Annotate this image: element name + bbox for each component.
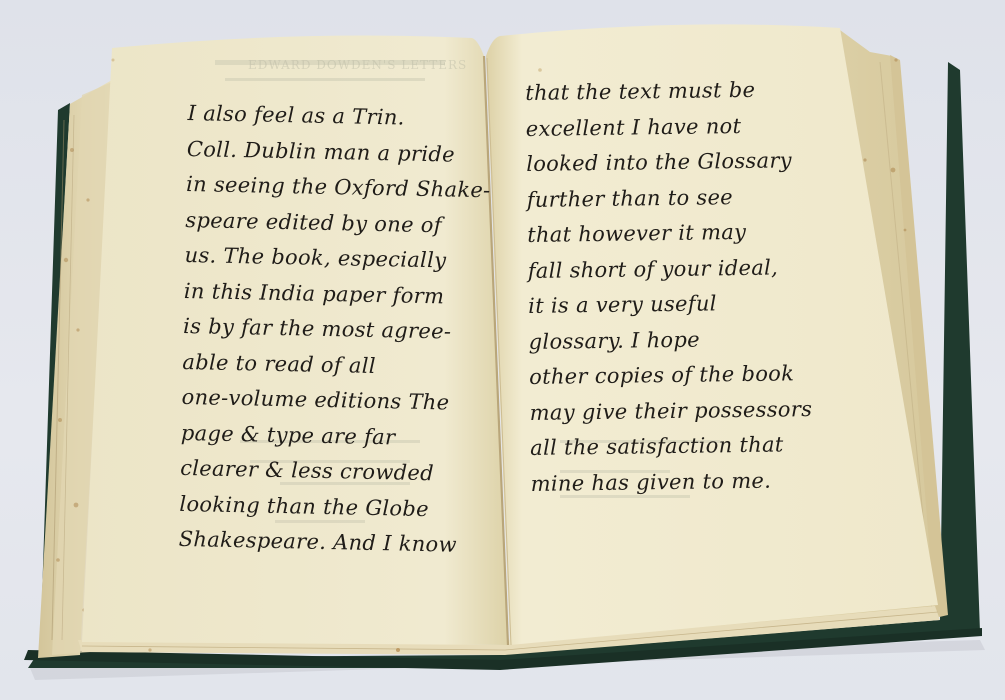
handwriting-line: mine has given to me. <box>530 463 813 502</box>
handwriting-line: excellent I have not <box>525 108 808 147</box>
handwriting-line: that the text must be <box>525 72 808 111</box>
handwriting-line: other copies of the book <box>529 356 812 395</box>
handwriting-line: all the satisfaction that <box>530 427 813 466</box>
handwriting-line: looked into the Glossary <box>526 143 809 182</box>
handwriting-line: clearer & less crowded <box>180 451 485 493</box>
handwriting-line: may give their possessors <box>529 392 812 431</box>
handwriting-line: is by far the most agree- <box>183 309 488 351</box>
handwriting-line: Shakespeare. And I know <box>178 522 483 564</box>
handwriting-line: that however it may <box>527 214 810 253</box>
handwriting-line: further than to see <box>526 179 809 218</box>
handwriting-line: glossary. I hope <box>528 321 811 360</box>
photo-scene: EDWARD DOWDEN'S LETTERS I also feel as a… <box>0 0 1005 700</box>
handwriting-line: us. The book, especially <box>184 238 489 280</box>
handwriting-line: I also feel as a Trin. <box>187 96 492 138</box>
right-page-handwriting: that the text must be excellent I have n… <box>525 72 813 502</box>
left-page-header-showthrough: EDWARD DOWDEN'S LETTERS <box>248 58 467 72</box>
handwriting-line: one-volume editions The <box>181 380 486 422</box>
handwriting-line: fall short of your ideal, <box>527 250 810 289</box>
left-page-handwriting: I also feel as a Trin. Coll. Dublin man … <box>178 96 492 564</box>
handwriting-line: in seeing the Oxford Shake- <box>186 167 491 209</box>
handwriting-line: it is a very useful <box>528 285 811 324</box>
open-book <box>0 0 1005 700</box>
